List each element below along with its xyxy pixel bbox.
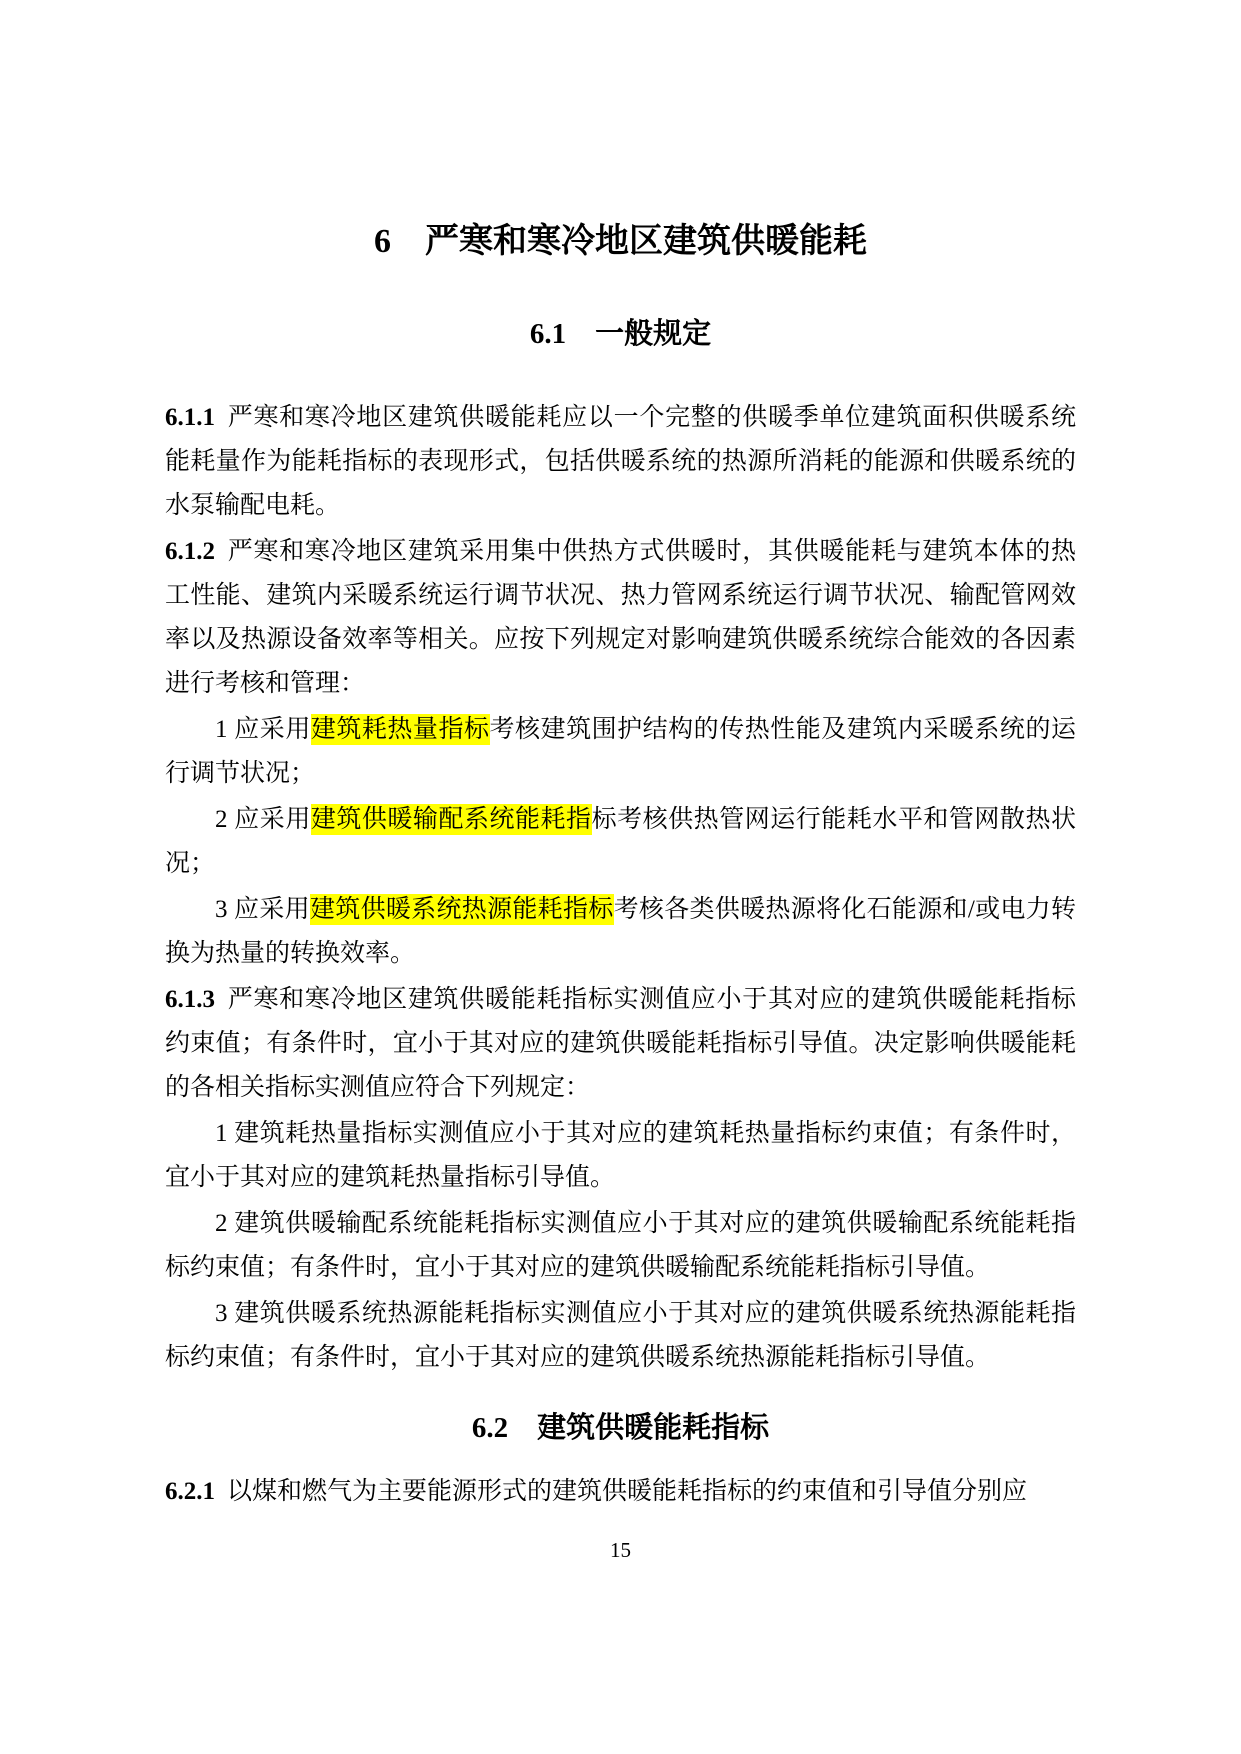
highlighted-term: 建筑供暖系统热源能耗指标: [310, 894, 614, 925]
clause-number: 6.1.2: [165, 538, 227, 565]
text-run: 1 应采用: [215, 716, 311, 743]
text-run: 1 建筑耗热量指标实测值应小于其对应的建筑耗热量指标约束值；有条件时，宜小于其对…: [165, 1120, 1076, 1191]
highlighted-term: 建筑耗热量指标: [311, 714, 490, 745]
clause-6.1.1: 6.1.1严寒和寒冷地区建筑供暖能耗应以一个完整的供暖季单位建筑面积供暖系统能耗…: [165, 396, 1076, 528]
list-item: 3 应采用建筑供暖系统热源能耗指标考核各类供暖热源将化石能源和/或电力转换为热量…: [165, 888, 1076, 976]
clause-number: 6.1.1: [165, 404, 227, 431]
text-run: 6.2 建筑供暖能耗指标: [472, 1412, 769, 1444]
chapter-heading: 6 严寒和寒冷地区建筑供暖能耗: [165, 0, 1076, 262]
clause-number: 6.2.1: [165, 1478, 227, 1505]
text-run: 严寒和寒冷地区建筑供暖能耗应以一个完整的供暖季单位建筑面积供暖系统能耗量作为能耗…: [165, 404, 1076, 519]
text-run: 3 建筑供暖系统热源能耗指标实测值应小于其对应的建筑供暖系统热源能耗指标约束值；…: [165, 1300, 1076, 1371]
clause-6.1.2: 6.1.2严寒和寒冷地区建筑采用集中供热方式供暖时，其供暖能耗与建筑本体的热工性…: [165, 530, 1076, 706]
section-heading: 6.1 一般规定: [165, 316, 1076, 352]
text-run: 6 严寒和寒冷地区建筑供暖能耗: [374, 223, 867, 260]
highlighted-term: 建筑供暖输配系统能耗指: [311, 804, 592, 835]
text-run: 2 应采用: [215, 806, 311, 833]
page-number: 15: [0, 1536, 1241, 1564]
clause-6.1.3: 6.1.3严寒和寒冷地区建筑供暖能耗指标实测值应小于其对应的建筑供暖能耗指标约束…: [165, 978, 1076, 1110]
text-run: 严寒和寒冷地区建筑供暖能耗指标实测值应小于其对应的建筑供暖能耗指标约束值；有条件…: [165, 986, 1076, 1101]
text-run: 6.1 一般规定: [530, 318, 711, 350]
document-content: 6 严寒和寒冷地区建筑供暖能耗6.1 一般规定6.1.1严寒和寒冷地区建筑供暖能…: [0, 0, 1241, 1514]
list-item: 2 应采用建筑供暖输配系统能耗指标考核供热管网运行能耗水平和管网散热状况；: [165, 798, 1076, 886]
text-run: 3 应采用: [215, 896, 310, 923]
section-heading: 6.2 建筑供暖能耗指标: [165, 1410, 1076, 1446]
list-item: 3 建筑供暖系统热源能耗指标实测值应小于其对应的建筑供暖系统热源能耗指标约束值；…: [165, 1292, 1076, 1380]
text-run: 严寒和寒冷地区建筑采用集中供热方式供暖时，其供暖能耗与建筑本体的热工性能、建筑内…: [165, 538, 1076, 697]
clause-6.2.1: 6.2.1以煤和燃气为主要能源形式的建筑供暖能耗指标的约束值和引导值分别应: [165, 1470, 1076, 1514]
list-item: 1 建筑耗热量指标实测值应小于其对应的建筑耗热量指标约束值；有条件时，宜小于其对…: [165, 1112, 1076, 1200]
text-run: 以煤和燃气为主要能源形式的建筑供暖能耗指标的约束值和引导值分别应: [227, 1478, 1027, 1505]
document-page: 6 严寒和寒冷地区建筑供暖能耗6.1 一般规定6.1.1严寒和寒冷地区建筑供暖能…: [0, 0, 1241, 1514]
text-run: 2 建筑供暖输配系统能耗指标实测值应小于其对应的建筑供暖输配系统能耗指标约束值；…: [165, 1210, 1076, 1281]
clause-number: 6.1.3: [165, 986, 227, 1013]
list-item: 2 建筑供暖输配系统能耗指标实测值应小于其对应的建筑供暖输配系统能耗指标约束值；…: [165, 1202, 1076, 1290]
list-item: 1 应采用建筑耗热量指标考核建筑围护结构的传热性能及建筑内采暖系统的运行调节状况…: [165, 708, 1076, 796]
